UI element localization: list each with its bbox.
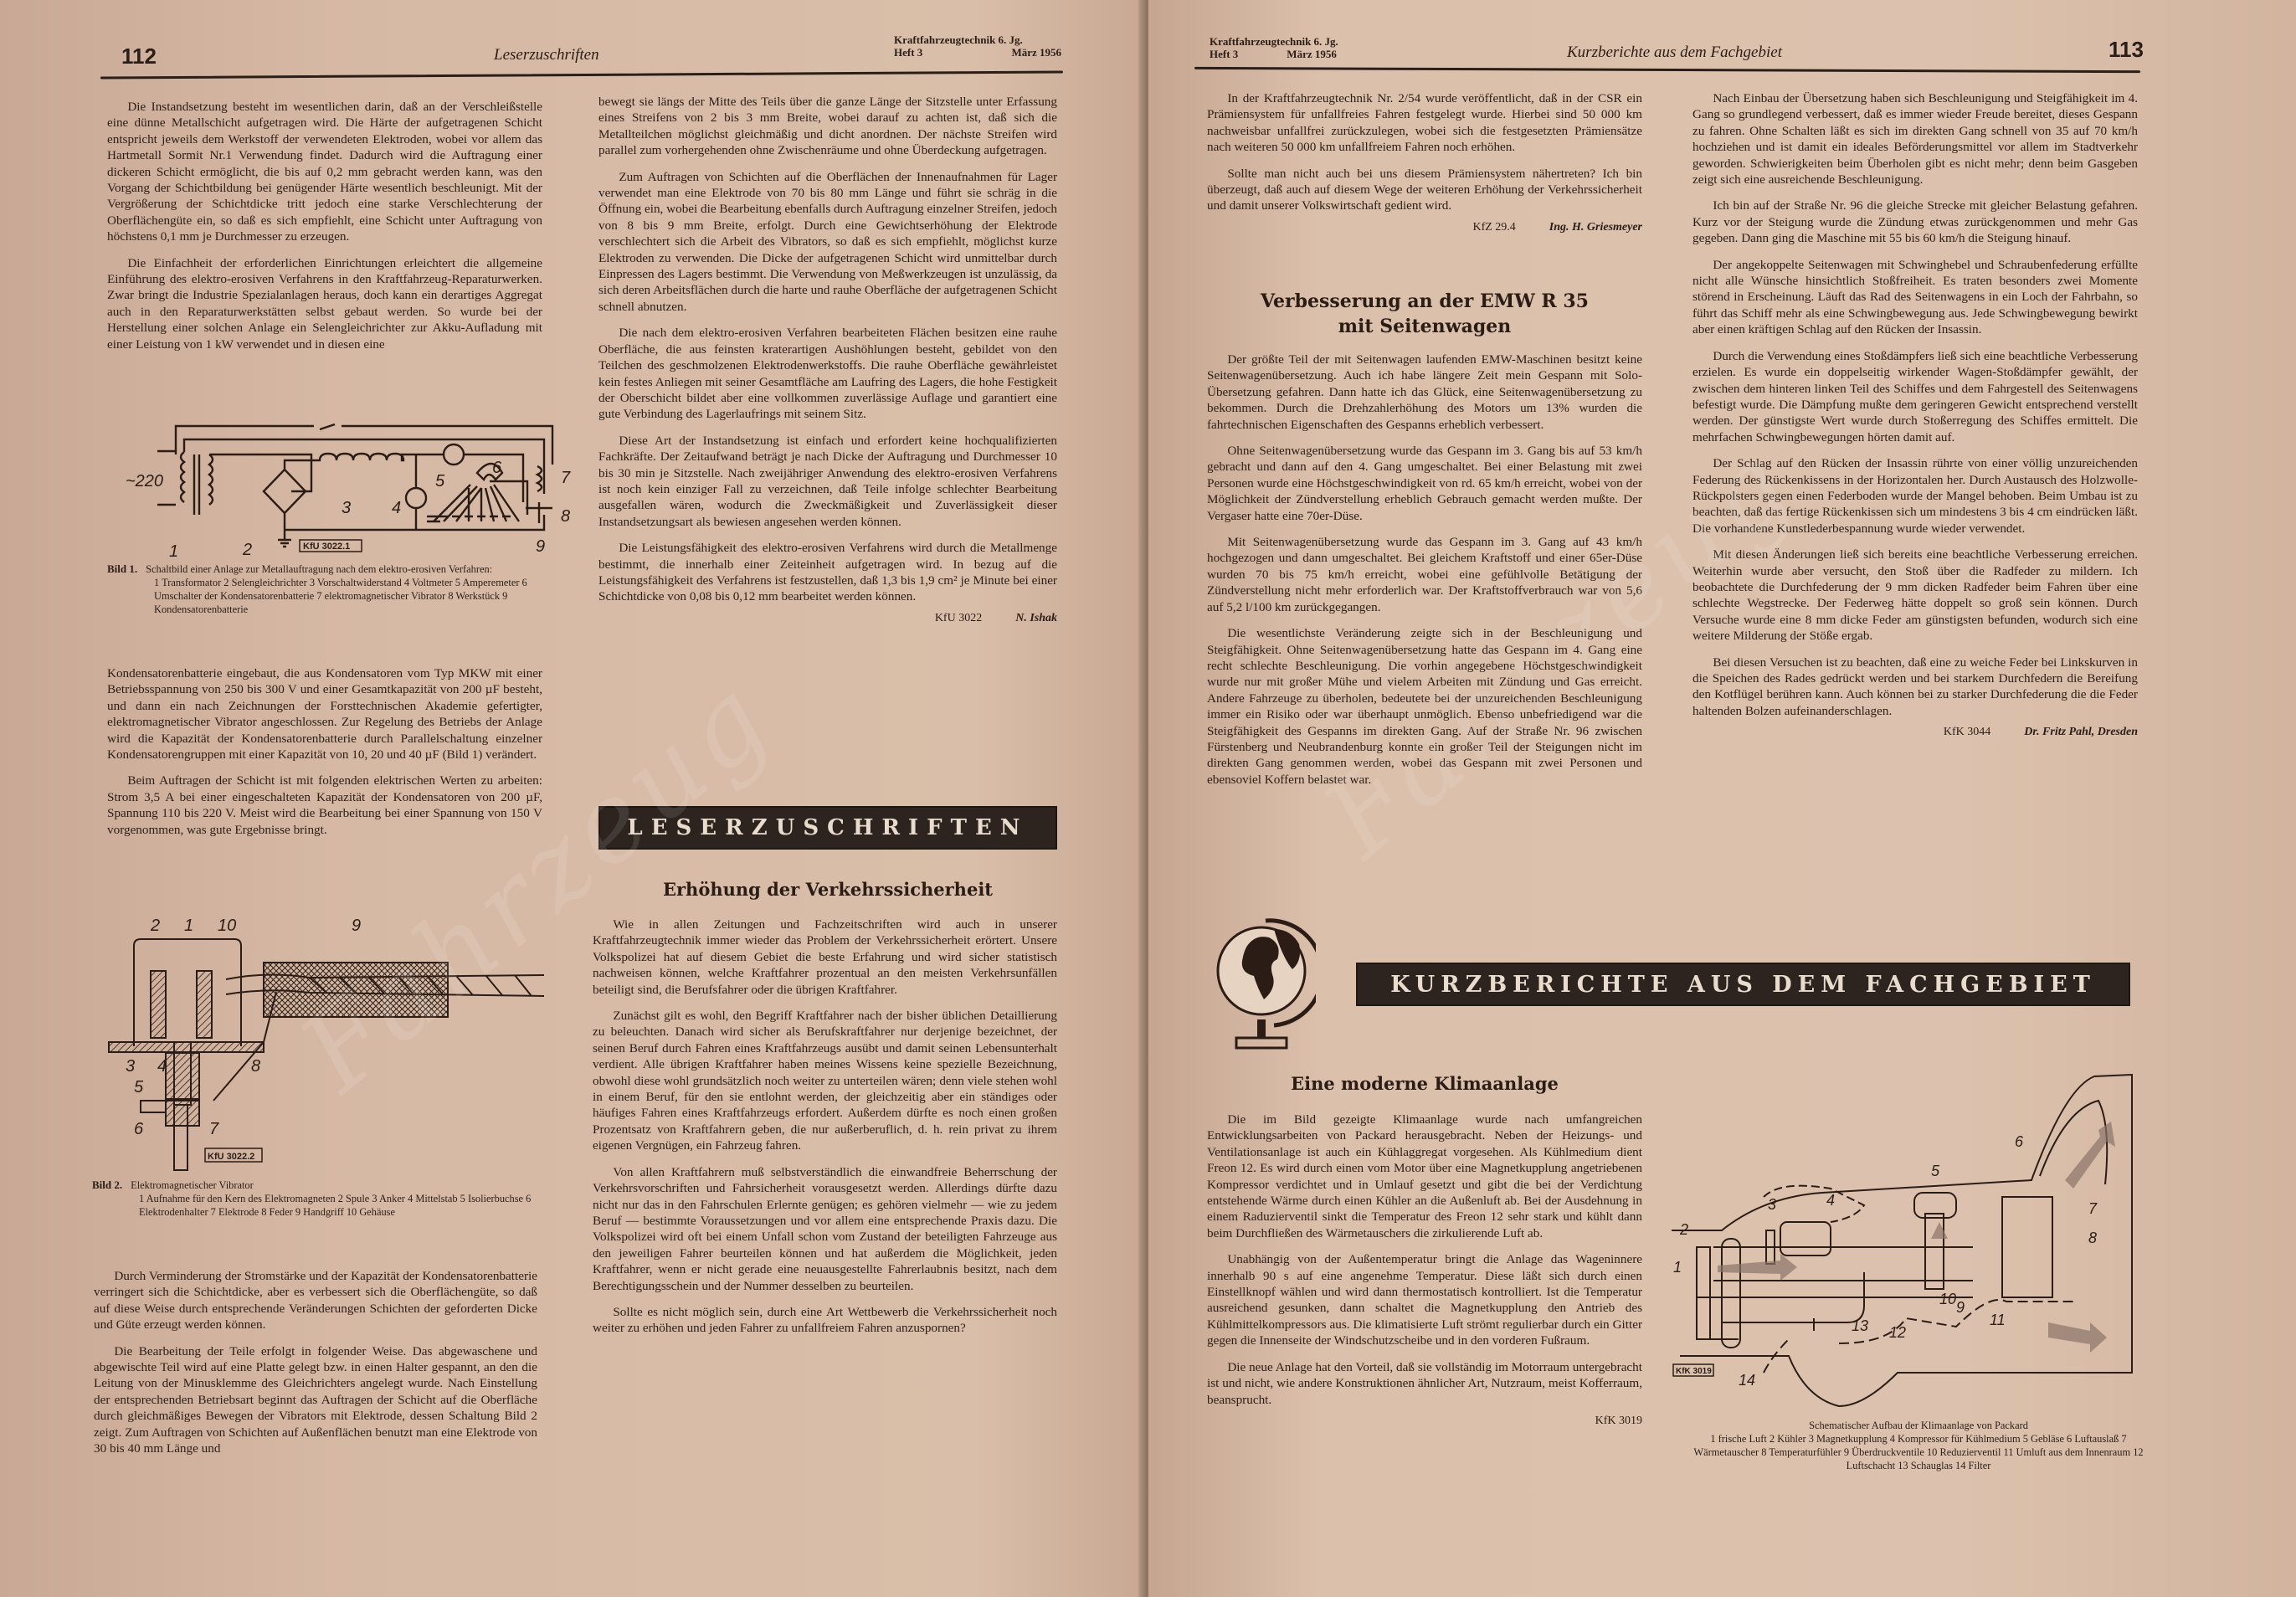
paragraph: Durch Verminderung der Stromstärke und d… [94, 1268, 537, 1333]
svg-text:KfU 3022.2: KfU 3022.2 [208, 1152, 254, 1162]
svg-text:2: 2 [150, 917, 160, 935]
svg-text:9: 9 [352, 917, 361, 935]
paragraph: Mit diesen Änderungen ließ sich bereits … [1692, 547, 2138, 644]
svg-text:3: 3 [1768, 1196, 1776, 1213]
paragraph: Der größte Teil der mit Seitenwagen lauf… [1207, 352, 1642, 433]
svg-text:3: 3 [126, 1057, 135, 1076]
paragraph: Wie in allen Zeitungen und Fachzeitschri… [593, 917, 1057, 998]
svg-text:~220: ~220 [126, 472, 163, 490]
page-number: 112 [121, 44, 157, 69]
svg-text:1: 1 [184, 917, 193, 935]
signature: KfK 3044 Dr. Fritz Pahl, Dresden [1692, 724, 2138, 740]
svg-text:1: 1 [1673, 1259, 1682, 1276]
paragraph: Der angekoppelte Seitenwagen mit Schwing… [1692, 257, 2138, 338]
paragraph: Ohne Seitenwagenübersetzung wurde das Ge… [1207, 443, 1642, 524]
svg-text:2: 2 [1679, 1221, 1688, 1238]
paragraph: bewegt sie längs der Mitte des Teils übe… [598, 94, 1057, 159]
svg-text:5: 5 [1931, 1163, 1940, 1179]
svg-text:2: 2 [242, 541, 252, 559]
journal-info: Kraftfahrzeugtechnik 6. Jg. Heft 3März 1… [894, 33, 1061, 59]
svg-text:4: 4 [1826, 1192, 1835, 1209]
figure-1-caption: Bild 1.Schaltbild einer Anlage zur Metal… [107, 562, 542, 616]
section-banner-leserzuschriften: LESERZUSCHRIFTEN [598, 806, 1057, 850]
svg-text:5: 5 [435, 472, 445, 490]
figure-1-circuit-diagram: ~220 1 2 3 4 5 6 7 8 9 KfU 3022.1 [126, 414, 578, 561]
right-col-klima: Die im Bild gezeigte Klimaanlage wurde n… [1207, 1112, 1642, 1429]
paragraph: Sollte es nicht möglich sein, durch eine… [593, 1304, 1057, 1337]
left-col-2b: Wie in allen Zeitungen und Fachzeitschri… [593, 917, 1057, 1347]
svg-text:8: 8 [2088, 1230, 2097, 1246]
left-col-1c: Durch Verminderung der Stromstärke und d… [94, 1268, 537, 1466]
paragraph: Die im Bild gezeigte Klimaanlage wurde n… [1207, 1112, 1642, 1241]
paragraph: Beim Auftragen der Schicht ist mit folge… [107, 773, 542, 838]
right-col-1b: Der größte Teil der mit Seitenwagen lauf… [1207, 352, 1642, 798]
signature: KfU 3022 N. Ishak [598, 610, 1057, 626]
paragraph: Unabhängig von der Außentemperatur bring… [1207, 1251, 1642, 1348]
svg-text:6: 6 [2015, 1133, 2024, 1150]
paragraph: Zum Auftragen von Schichten auf die Ober… [598, 169, 1057, 316]
svg-text:3: 3 [342, 499, 351, 517]
section-banner-kurzberichte: KURZBERICHTE AUS DEM FACHGEBIET [1356, 963, 2130, 1006]
running-title: Leserzuschriften [494, 46, 599, 64]
paragraph: Die Bearbeitung der Teile erfolgt in fol… [94, 1343, 537, 1457]
journal-issue: Heft 3März 1956 [894, 46, 1061, 59]
article-heading-emw: Verbesserung an der EMW R 35 mit Seitenw… [1207, 289, 1642, 339]
paragraph: Kondensatorenbatterie eingebaut, die aus… [107, 665, 542, 763]
svg-text:KfK 3019: KfK 3019 [1676, 1367, 1712, 1376]
magazine-spread: 112 Leserzuschriften Kraftfahrzeugtechni… [0, 0, 2296, 1597]
right-page: Kraftfahrzeugtechnik 6. Jg. Heft 3März 1… [1148, 0, 2296, 1597]
paragraph: Diese Art der Instandsetzung ist einfach… [598, 433, 1057, 530]
svg-text:4: 4 [392, 499, 401, 517]
paragraph: Mit Seitenwagenübersetzung wurde das Ges… [1207, 534, 1642, 615]
figure-klima-caption: Schematischer Aufbau der Klimaanlage von… [1684, 1419, 2153, 1472]
svg-text:4: 4 [157, 1057, 167, 1076]
figure-klimaanlage-diagram: 1 2 3 4 5 6 7 8 9 10 11 12 13 14 KfK 301… [1672, 1071, 2157, 1415]
paragraph: In der Kraftfahrzeugtechnik Nr. 2/54 wur… [1207, 90, 1642, 156]
svg-text:KfU 3022.1: KfU 3022.1 [303, 542, 350, 552]
paragraph: Von allen Kraftfahrern muß selbstverstän… [593, 1164, 1057, 1294]
journal-info: Kraftfahrzeugtechnik 6. Jg. Heft 3März 1… [1210, 35, 1377, 60]
svg-text:7: 7 [561, 469, 571, 487]
figure-2-vibrator-diagram: 2 1 10 9 3 4 5 6 7 8 KfU 3022.2 [100, 912, 569, 1172]
signature: KfK 3019 [1207, 1413, 1642, 1429]
paragraph: Der Schlag auf den Rücken der Insassin r… [1692, 455, 2138, 537]
svg-text:7: 7 [2088, 1200, 2098, 1217]
svg-text:9: 9 [536, 537, 545, 556]
svg-text:14: 14 [1739, 1372, 1755, 1389]
running-title: Kurzberichte aus dem Fachgebiet [1567, 44, 1782, 62]
svg-text:8: 8 [251, 1057, 260, 1076]
signature: KfZ 29.4 Ing. H. Griesmeyer [1207, 219, 1642, 235]
svg-text:12: 12 [1889, 1324, 1906, 1341]
paragraph: Die neue Anlage hat den Vorteil, daß sie… [1207, 1359, 1642, 1408]
svg-text:7: 7 [209, 1120, 219, 1138]
svg-text:13: 13 [1852, 1317, 1868, 1334]
paragraph: Die nach dem elektro-erosiven Verfahren … [598, 325, 1057, 422]
paragraph: Die Leistungsfähigkeit des elektro-erosi… [598, 540, 1057, 605]
article-heading-klima: Eine moderne Klimaanlage [1232, 1073, 1617, 1094]
right-col-1: In der Kraftfahrzeugtechnik Nr. 2/54 wur… [1207, 90, 1642, 235]
left-col-1b: Kondensatorenbatterie eingebaut, die aus… [107, 665, 542, 848]
figure-2-caption: Bild 2.Elektromagnetischer Vibrator 1 Au… [92, 1178, 544, 1219]
svg-text:6: 6 [492, 459, 502, 477]
page-number: 113 [2109, 37, 2144, 63]
paragraph: Nach Einbau der Übersetzung haben sich B… [1692, 90, 2138, 187]
right-col-2: Nach Einbau der Übersetzung haben sich B… [1692, 90, 2138, 741]
header-rule [1194, 67, 2140, 73]
paragraph: Die Einfachheit der erforderlichen Einri… [107, 255, 542, 352]
svg-text:10: 10 [1939, 1291, 1956, 1307]
svg-text:1: 1 [169, 542, 178, 561]
paragraph: Die Instandsetzung besteht im wesentlich… [107, 99, 542, 245]
header-rule [100, 70, 1063, 79]
paragraph: Bei diesen Versuchen ist zu beachten, da… [1692, 655, 2138, 720]
globe-icon [1215, 912, 1316, 1059]
paragraph: Zunächst gilt es wohl, den Begriff Kraft… [593, 1008, 1057, 1154]
journal-name: Kraftfahrzeugtechnik 6. Jg. [894, 33, 1061, 46]
svg-text:9: 9 [1956, 1299, 1965, 1316]
paragraph: Sollte man nicht auch bei uns diesem Prä… [1207, 166, 1642, 214]
svg-text:5: 5 [134, 1078, 144, 1096]
paragraph: Ich bin auf der Straße Nr. 96 die gleich… [1692, 198, 2138, 246]
svg-text:8: 8 [561, 507, 570, 526]
paragraph: Durch die Verwendung eines Stoßdämpfers … [1692, 348, 2138, 445]
svg-text:10: 10 [218, 917, 236, 935]
article-code: KfU 3022 [935, 610, 982, 626]
article-heading: Erhöhung der Verkehrssicherheit [598, 879, 1057, 900]
svg-text:11: 11 [1990, 1312, 2006, 1328]
left-col-1: Die Instandsetzung besteht im wesentlich… [107, 99, 542, 362]
svg-text:6: 6 [134, 1120, 144, 1138]
left-page: 112 Leserzuschriften Kraftfahrzeugtechni… [0, 0, 1145, 1597]
author: N. Ishak [1015, 610, 1057, 626]
left-col-2: bewegt sie längs der Mitte des Teils übe… [598, 94, 1057, 626]
paragraph: Die wesentlichste Veränderung zeigte sic… [1207, 625, 1642, 788]
